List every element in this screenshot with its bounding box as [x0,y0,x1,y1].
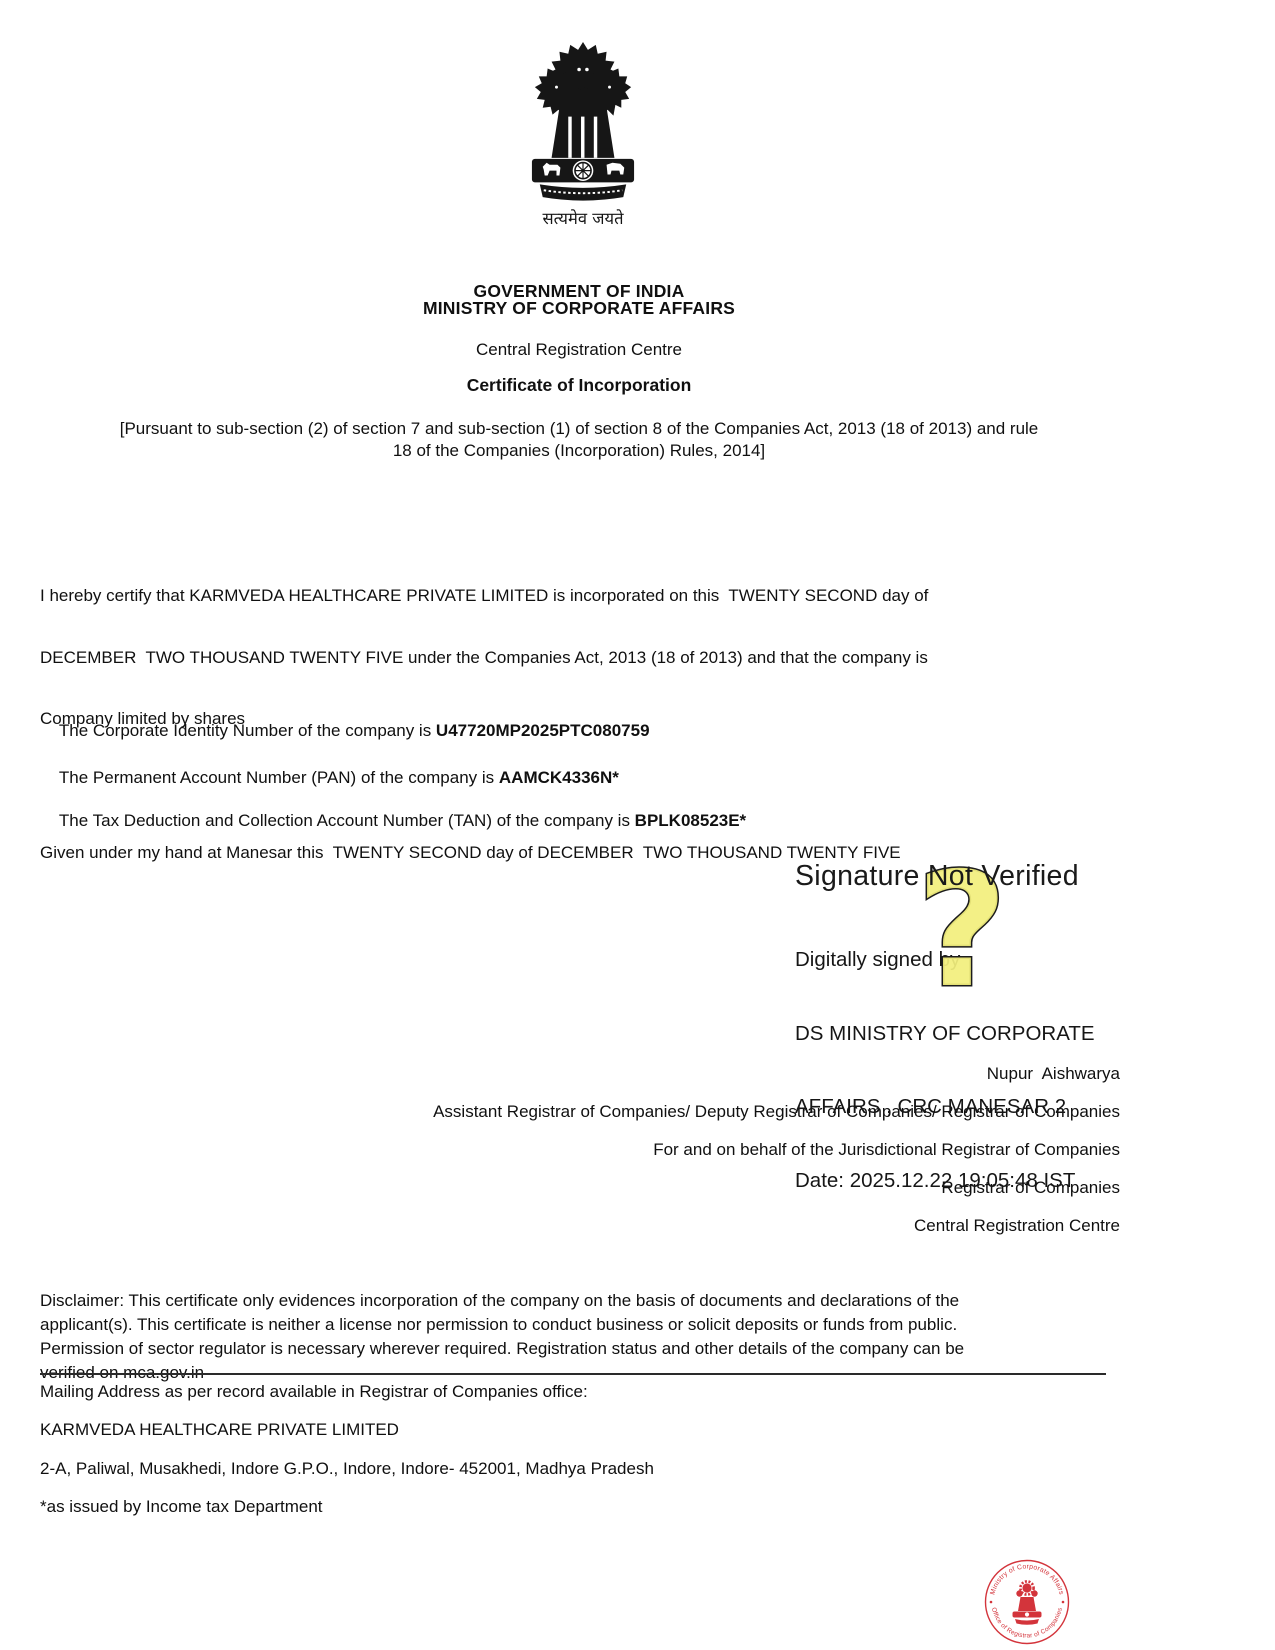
pan-value: AAMCK4336N* [499,768,619,787]
signature-not-verified-stamp: Signature Not Verified [795,860,1079,893]
tan-label: The Tax Deduction and Collection Account… [59,811,635,830]
government-heading: GOVERNMENT OF INDIA MINISTRY OF CORPORAT… [40,283,1118,317]
mailing-address: 2-A, Paliwal, Musakhedi, Indore G.P.O., … [40,1459,1118,1479]
pan-label: The Permanent Account Number (PAN) of th… [59,768,499,787]
pan-footnote: *as issued by Income tax Department [40,1497,1118,1517]
mailing-address-heading: Mailing Address as per record available … [40,1382,1118,1402]
ministry-line: MINISTRY OF CORPORATE AFFAIRS [40,300,1118,317]
pursuant-clause: [Pursuant to sub-section (2) of section … [40,418,1118,462]
tan-value: BPLK08523E* [635,811,747,830]
certificate-title: Certificate of Incorporation [40,375,1118,396]
state-emblem-of-india-icon [524,40,642,205]
tan-line: The Tax Deduction and Collection Account… [40,791,1118,851]
central-registration-centre-heading: Central Registration Centre [40,340,1118,360]
mailing-company-name: KARMVEDA HEALTHCARE PRIVATE LIMITED [40,1420,1118,1440]
cin-value: U47720MP2025PTC080759 [436,721,650,740]
roc-seal-icon: Ministry of Corporate Affairs Office of … [982,1557,1072,1647]
cin-label: The Corporate Identity Number of the com… [59,721,436,740]
certificate-page: सत्यमेव जयते GOVERNMENT OF INDIA MINISTR… [0,0,1275,1650]
disclaimer-paragraph: Disclaimer: This certificate only eviden… [40,1289,1118,1385]
satyameva-jayate-caption: सत्यमेव जयते [508,206,658,229]
divider-line [40,1373,1106,1375]
seal-center-emblem [1013,1581,1042,1624]
